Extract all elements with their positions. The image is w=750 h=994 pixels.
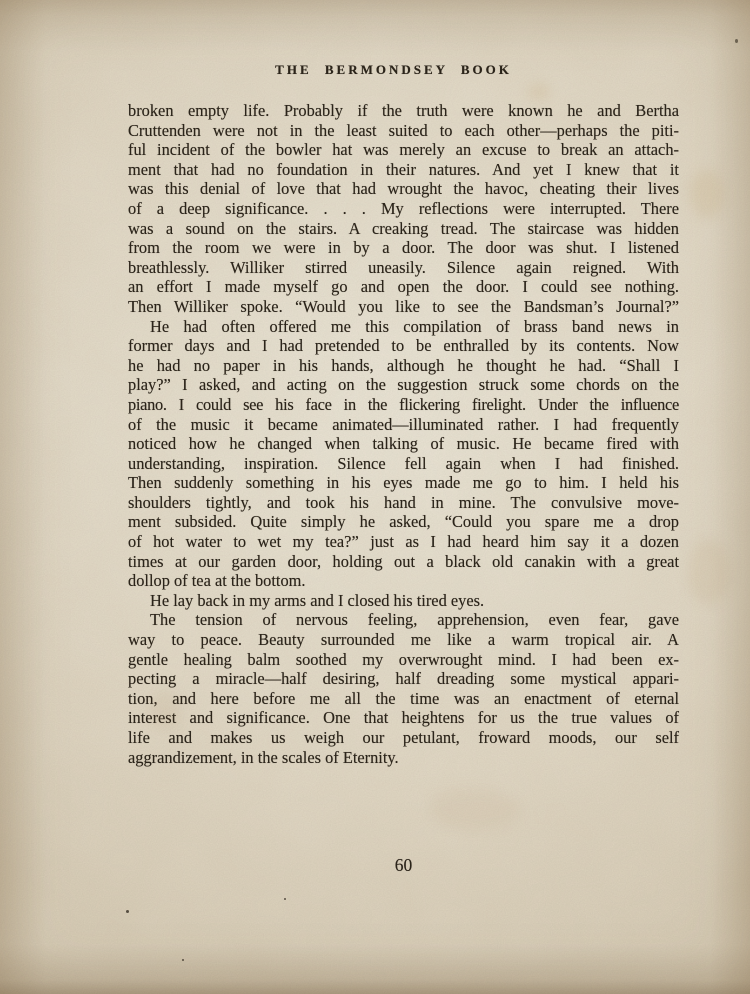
text-line: way to peace. Beauty surrounded me like … <box>128 630 679 650</box>
text-line: was this denial of love that had wrought… <box>128 179 679 199</box>
text-line: of hot water to wet my tea?” just as I h… <box>128 532 679 552</box>
text-line: was a sound on the stairs. A creaking tr… <box>128 219 679 239</box>
text-line: shoulders tightly, and took his hand in … <box>128 493 679 513</box>
text-line: of a deep significance. . . . My reflect… <box>128 199 679 219</box>
paper-speck <box>182 959 184 961</box>
paragraph: He lay back in my arms and I closed his … <box>128 591 679 611</box>
text-line: noticed how he changed when talking of m… <box>128 434 679 454</box>
paragraph: He had often offered me this compilation… <box>128 317 679 591</box>
text-line: He lay back in my arms and I closed his … <box>128 591 679 611</box>
text-line: ment subsided. Quite simply he asked, “C… <box>128 512 679 532</box>
text-line: Then Williker spoke. “Would you like to … <box>128 297 679 317</box>
text-line: from the room we were in by a door. The … <box>128 238 679 258</box>
paper-speck <box>126 910 129 913</box>
text-line: Then suddenly something in his eyes made… <box>128 473 679 493</box>
book-page: THE BERMONDSEY BOOK broken empty life. P… <box>0 0 750 994</box>
text-line: aggrandizement, in the scales of Eternit… <box>128 748 679 768</box>
text-line: breathlessly. Williker stirred uneasily.… <box>128 258 679 278</box>
text-line: tion, and here before me all the time wa… <box>128 689 679 709</box>
paper-stain <box>690 170 724 218</box>
paper-stain <box>528 84 550 100</box>
paper-stain <box>430 790 520 830</box>
paragraph: The tension of nervous feeling, apprehen… <box>128 610 679 767</box>
text-line: He had often offered me this compilation… <box>128 317 679 337</box>
text-line: broken empty life. Probably if the truth… <box>128 101 679 121</box>
text-line: dollop of tea at the bottom. <box>128 571 679 591</box>
text-line: pecting a miracle—half desiring, half dr… <box>128 669 679 689</box>
text-line: The tension of nervous feeling, apprehen… <box>128 610 679 630</box>
text-line: he had no paper in his hands, although h… <box>128 356 679 376</box>
text-line: ful incident of the bowler hat was merel… <box>128 140 679 160</box>
text-line: interest and significance. One that heig… <box>128 708 679 728</box>
text-line: piano. I could see his face in the flick… <box>128 395 679 415</box>
text-line: times at our garden door, holding out a … <box>128 552 679 572</box>
page-number: 60 <box>128 855 679 876</box>
paragraph: broken empty life. Probably if the truth… <box>128 101 679 317</box>
text-line: gentle healing balm soothed my overwroug… <box>128 650 679 670</box>
text-line: understanding, inspiration. Silence fell… <box>128 454 679 474</box>
text-line: ment that had no foundation in their nat… <box>128 160 679 180</box>
text-line: of the music it became animated—illumina… <box>128 415 679 435</box>
paper-speck <box>284 898 286 900</box>
paper-speck <box>735 39 738 43</box>
text-line: life and makes us weigh our petulant, fr… <box>128 728 679 748</box>
running-header: THE BERMONDSEY BOOK <box>118 62 669 78</box>
text-line: Cruttenden were not in the least suited … <box>128 121 679 141</box>
text-line: an effort I made myself go and open the … <box>128 277 679 297</box>
paper-stain <box>688 540 730 604</box>
text-line: play?” I asked, and acting on the sugges… <box>128 375 679 395</box>
text-block: broken empty life. Probably if the truth… <box>128 101 679 767</box>
text-line: former days and I had pretended to be en… <box>128 336 679 356</box>
